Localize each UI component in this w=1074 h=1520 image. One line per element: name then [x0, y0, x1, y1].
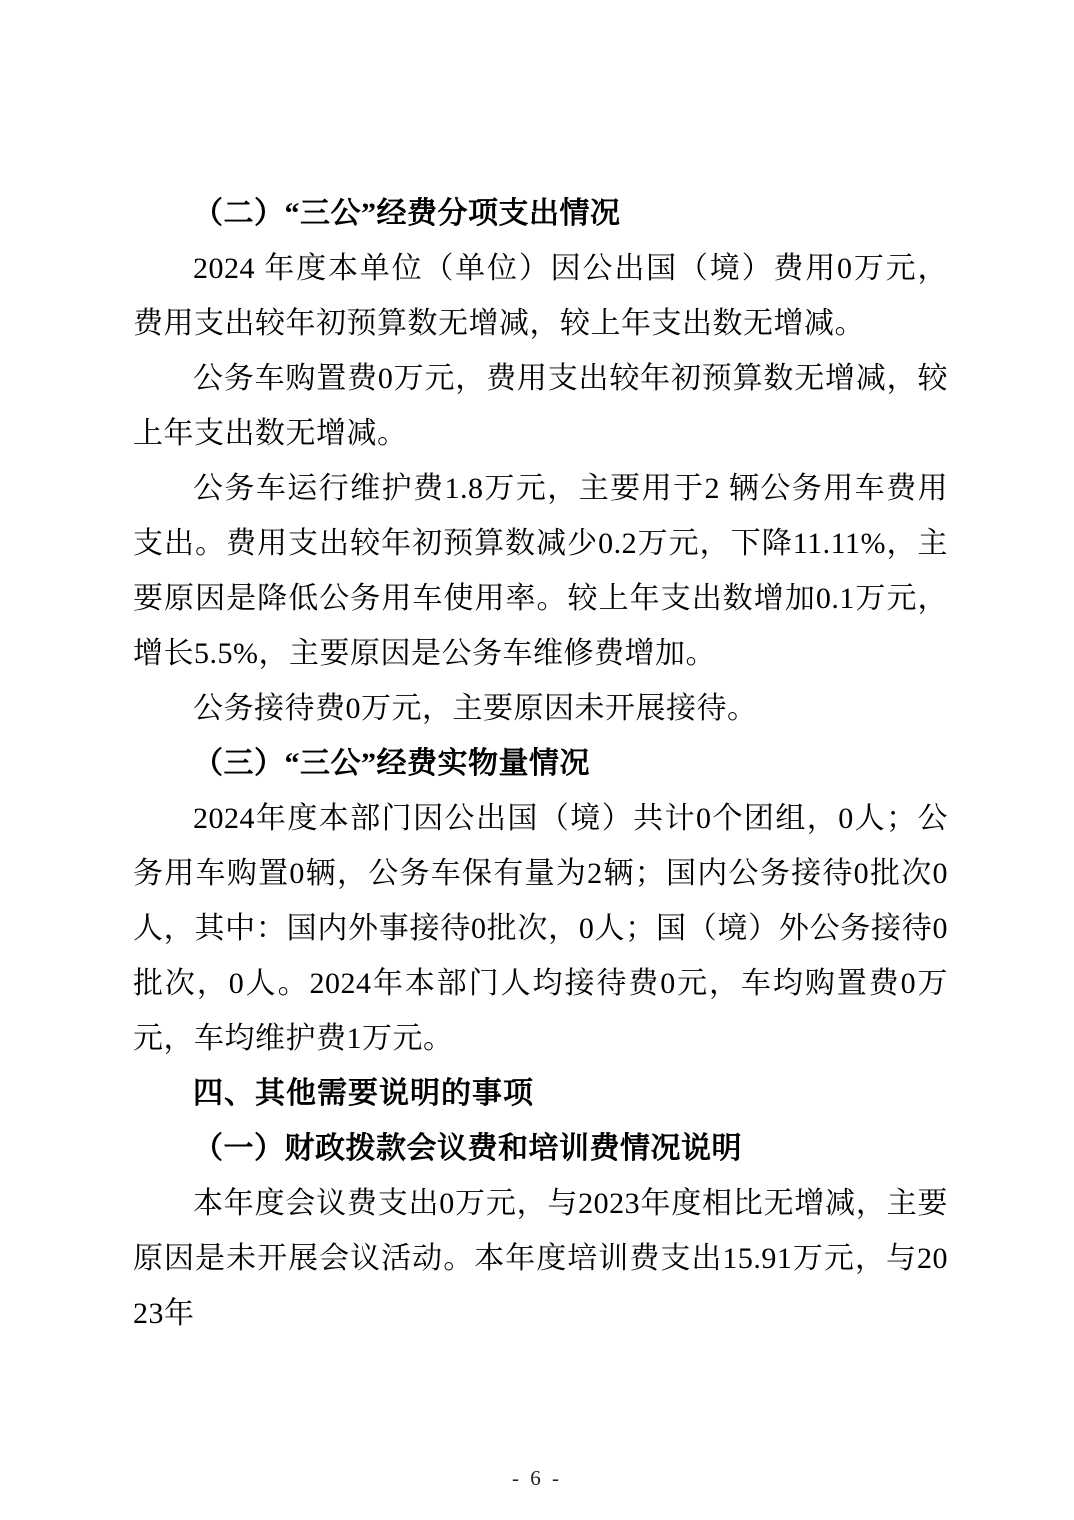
paragraph-physical-quantity: 2024年度本部门因公出国（境）共计0个团组，0人；公务用车购置0辆，公务车保有…: [133, 791, 948, 1066]
section-heading-sangong-breakdown: （二）“三公”经费分项支出情况: [133, 186, 948, 241]
paragraph-vehicle-maintenance: 公务车运行维护费1.8万元，主要用于2 辆公务用车费用支出。费用支出较年初预算数…: [133, 461, 948, 681]
section-heading-sangong-physical: （三）“三公”经费实物量情况: [133, 736, 948, 791]
page-number: - 6 -: [0, 1466, 1074, 1491]
section-heading-meeting-training: （一）财政拨款会议费和培训费情况说明: [133, 1121, 948, 1176]
document-page: （二）“三公”经费分项支出情况 2024 年度本单位（单位）因公出国（境）费用0…: [0, 0, 1074, 1520]
paragraph-official-reception: 公务接待费0万元，主要原因未开展接待。: [133, 681, 948, 736]
chapter-heading-other-matters: 四、其他需要说明的事项: [133, 1066, 948, 1121]
document-body: （二）“三公”经费分项支出情况 2024 年度本单位（单位）因公出国（境）费用0…: [133, 186, 948, 1341]
paragraph-vehicle-purchase: 公务车购置费0万元，费用支出较年初预算数无增减，较上年支出数无增减。: [133, 351, 948, 461]
paragraph-abroad-expense: 2024 年度本单位（单位）因公出国（境）费用0万元，费用支出较年初预算数无增减…: [133, 241, 948, 351]
paragraph-meeting-training-fee: 本年度会议费支出0万元，与2023年度相比无增减，主要原因是未开展会议活动。本年…: [133, 1176, 948, 1341]
